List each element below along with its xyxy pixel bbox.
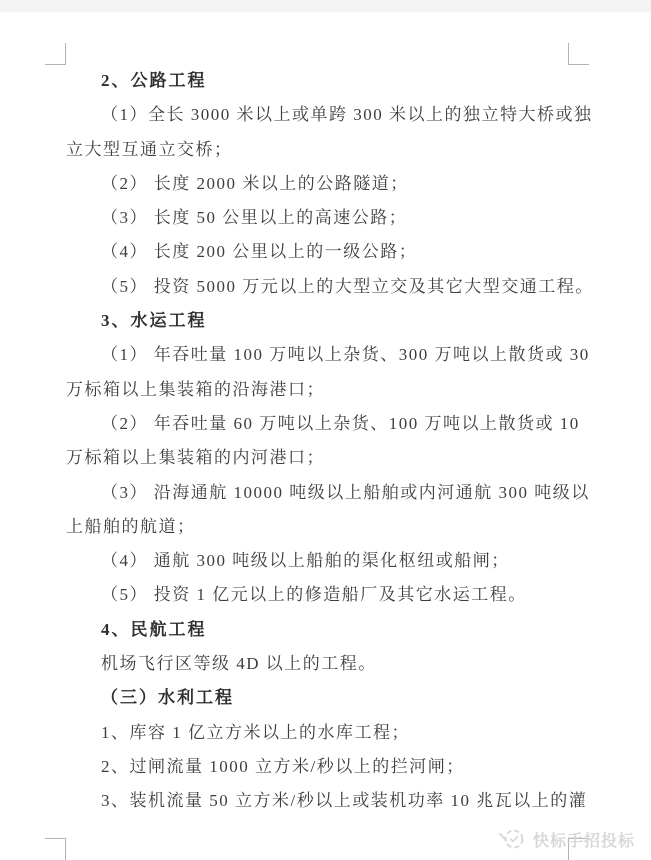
- text-line: 3、装机流量 50 立方米/秒以上或装机功率 10 兆瓦以上的灌: [66, 784, 596, 818]
- text-line: （1）全长 3000 米以上或单跨 300 米以上的独立特大桥或独: [66, 98, 596, 132]
- watermark: 快标手招投标: [498, 827, 635, 851]
- section-heading: 4、民航工程: [66, 613, 596, 647]
- text-line: （5） 投资 5000 万元以上的大型立交及其它大型交通工程。: [66, 270, 596, 304]
- page-edge-shadow: [0, 0, 651, 12]
- text-line: （5） 投资 1 亿元以上的修造船厂及其它水运工程。: [66, 578, 596, 612]
- text-line: （3） 长度 50 公里以上的高速公路；: [66, 201, 596, 235]
- margin-mark-top-right: [568, 43, 589, 65]
- text-line: 立大型互通立交桥；: [66, 133, 596, 167]
- margin-mark-top-left: [45, 43, 66, 65]
- text-line: （1） 年吞吐量 100 万吨以上杂货、300 万吨以上散货或 30: [66, 338, 596, 372]
- text-line: （4） 通航 300 吨级以上船舶的渠化枢纽或船闸；: [66, 544, 596, 578]
- text-line: （4） 长度 200 公里以上的一级公路；: [66, 235, 596, 269]
- margin-mark-bottom-left: [45, 838, 66, 860]
- watermark-text: 快标手招投标: [533, 828, 635, 851]
- text-line: 上船舶的航道；: [66, 510, 596, 544]
- text-line: 1、库容 1 亿立方米以上的水库工程；: [66, 716, 596, 750]
- text-line: 万标箱以上集装箱的沿海港口；: [66, 373, 596, 407]
- text-line: 机场飞行区等级 4D 以上的工程。: [66, 647, 596, 681]
- section-heading: 3、水运工程: [66, 304, 596, 338]
- section-heading: 2、公路工程: [66, 64, 596, 98]
- text-line: 2、过闸流量 1000 立方米/秒以上的拦河闸；: [66, 750, 596, 784]
- text-line: （3） 沿海通航 10000 吨级以上船舶或内河通航 300 吨级以: [66, 476, 596, 510]
- text-line: （2） 年吞吐量 60 万吨以上杂货、100 万吨以上散货或 10: [66, 407, 596, 441]
- text-line: 万标箱以上集装箱的内河港口；: [66, 441, 596, 475]
- document-page: 2、公路工程（1）全长 3000 米以上或单跨 300 米以上的独立特大桥或独立…: [0, 0, 651, 860]
- section-heading: （三）水利工程: [66, 681, 596, 715]
- document-text: 2、公路工程（1）全长 3000 米以上或单跨 300 米以上的独立特大桥或独立…: [66, 64, 596, 819]
- text-line: （2） 长度 2000 米以上的公路隧道；: [66, 167, 596, 201]
- watermark-logo-icon: [498, 827, 526, 851]
